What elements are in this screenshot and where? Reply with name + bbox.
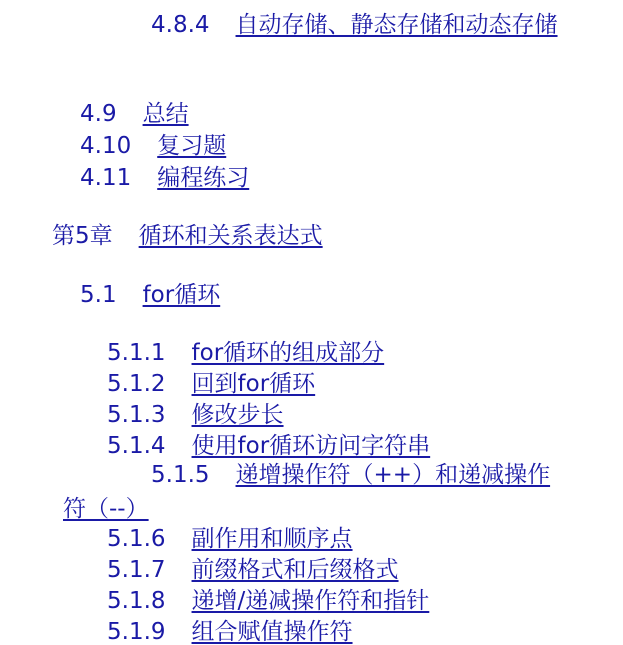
section-title: for循环: [143, 282, 221, 308]
section-number: 5.1.9: [107, 618, 166, 645]
toc-link[interactable]: 5.1.5递增操作符（++）和递减操作符（--）: [63, 462, 550, 522]
toc-entry-5-1-3[interactable]: 5.1.3修改步长: [107, 401, 284, 429]
section-number: 5.1.5: [107, 459, 210, 491]
toc-link[interactable]: 4.10复习题: [80, 133, 226, 159]
toc-entry-5-1-6[interactable]: 5.1.6副作用和顺序点: [107, 525, 353, 553]
toc-link[interactable]: 5.1.6副作用和顺序点: [107, 526, 353, 552]
section-number: 4.10: [80, 132, 131, 160]
section-number: 5.1.6: [107, 525, 166, 553]
toc-link[interactable]: 5.1.9组合赋值操作符: [107, 619, 353, 645]
section-title: 递增/递减操作符和指针: [192, 588, 430, 614]
section-title: 副作用和顺序点: [192, 526, 353, 552]
toc-link[interactable]: 第5章循环和关系表达式: [52, 223, 323, 249]
section-title: for循环的组成部分: [192, 340, 385, 366]
section-number: 4.11: [80, 164, 131, 192]
section-number: 5.1.2: [107, 370, 166, 398]
section-number: 5.1.8: [107, 587, 166, 615]
toc-link[interactable]: 4.9总结: [80, 101, 189, 127]
toc-entry-5-1-1[interactable]: 5.1.1for循环的组成部分: [107, 339, 384, 367]
section-title: 组合赋值操作符: [192, 619, 353, 645]
section-title: 前缀格式和后缀格式: [192, 557, 399, 583]
section-number: 4.8.4: [107, 6, 210, 44]
toc-entry-4-9[interactable]: 4.9总结: [80, 100, 189, 128]
toc-link[interactable]: 5.1.1for循环的组成部分: [107, 340, 384, 366]
toc-link[interactable]: 5.1.7前缀格式和后缀格式: [107, 557, 399, 583]
section-number: 5.1.4: [107, 432, 166, 460]
toc-entry-4-11[interactable]: 4.11编程练习: [80, 164, 249, 192]
toc-entry-5-1-8[interactable]: 5.1.8递增/递减操作符和指针: [107, 587, 429, 615]
section-title: 总结: [143, 101, 189, 127]
section-number: 5.1.3: [107, 401, 166, 429]
section-title: 修改步长: [192, 402, 284, 428]
toc-entry-5-1[interactable]: 5.1for循环: [80, 281, 220, 309]
section-title: 自动存储、静态存储和动态存储: [236, 12, 558, 38]
toc-entry-5-1-7[interactable]: 5.1.7前缀格式和后缀格式: [107, 556, 399, 584]
section-title: 回到for循环: [192, 371, 316, 397]
toc-entry-5-1-9[interactable]: 5.1.9组合赋值操作符: [107, 618, 353, 645]
toc-entry-4-8-4[interactable]: 4.8.4自动存储、静态存储和动态存储: [63, 6, 573, 46]
toc-entry-5-1-2[interactable]: 5.1.2回到for循环: [107, 370, 315, 398]
toc-link[interactable]: 4.8.4自动存储、静态存储和动态存储: [107, 12, 558, 38]
toc-entry-chapter-5[interactable]: 第5章循环和关系表达式: [52, 222, 323, 250]
chapter-title: 循环和关系表达式: [139, 223, 323, 249]
toc-entry-4-10[interactable]: 4.10复习题: [80, 132, 226, 160]
section-title: 使用for循环访问字符串: [192, 433, 431, 459]
toc-link[interactable]: 5.1.3修改步长: [107, 402, 284, 428]
toc-link[interactable]: 5.1.2回到for循环: [107, 371, 315, 397]
section-number: 5.1.1: [107, 339, 166, 367]
toc-entry-5-1-4[interactable]: 5.1.4使用for循环访问字符串: [107, 432, 430, 460]
toc-entry-5-1-5[interactable]: 5.1.5递增操作符（++）和递减操作符（--）: [63, 459, 573, 527]
chapter-number: 第5章: [52, 222, 113, 250]
section-title: 编程练习: [157, 165, 249, 191]
toc-link[interactable]: 5.1.8递增/递减操作符和指针: [107, 588, 429, 614]
section-number: 5.1.7: [107, 556, 166, 584]
section-number: 5.1: [80, 281, 117, 309]
toc-link[interactable]: 5.1for循环: [80, 282, 220, 308]
toc-link[interactable]: 4.11编程练习: [80, 165, 249, 191]
section-number: 4.9: [80, 100, 117, 128]
section-title: 复习题: [157, 133, 226, 159]
toc-link[interactable]: 5.1.4使用for循环访问字符串: [107, 433, 430, 459]
